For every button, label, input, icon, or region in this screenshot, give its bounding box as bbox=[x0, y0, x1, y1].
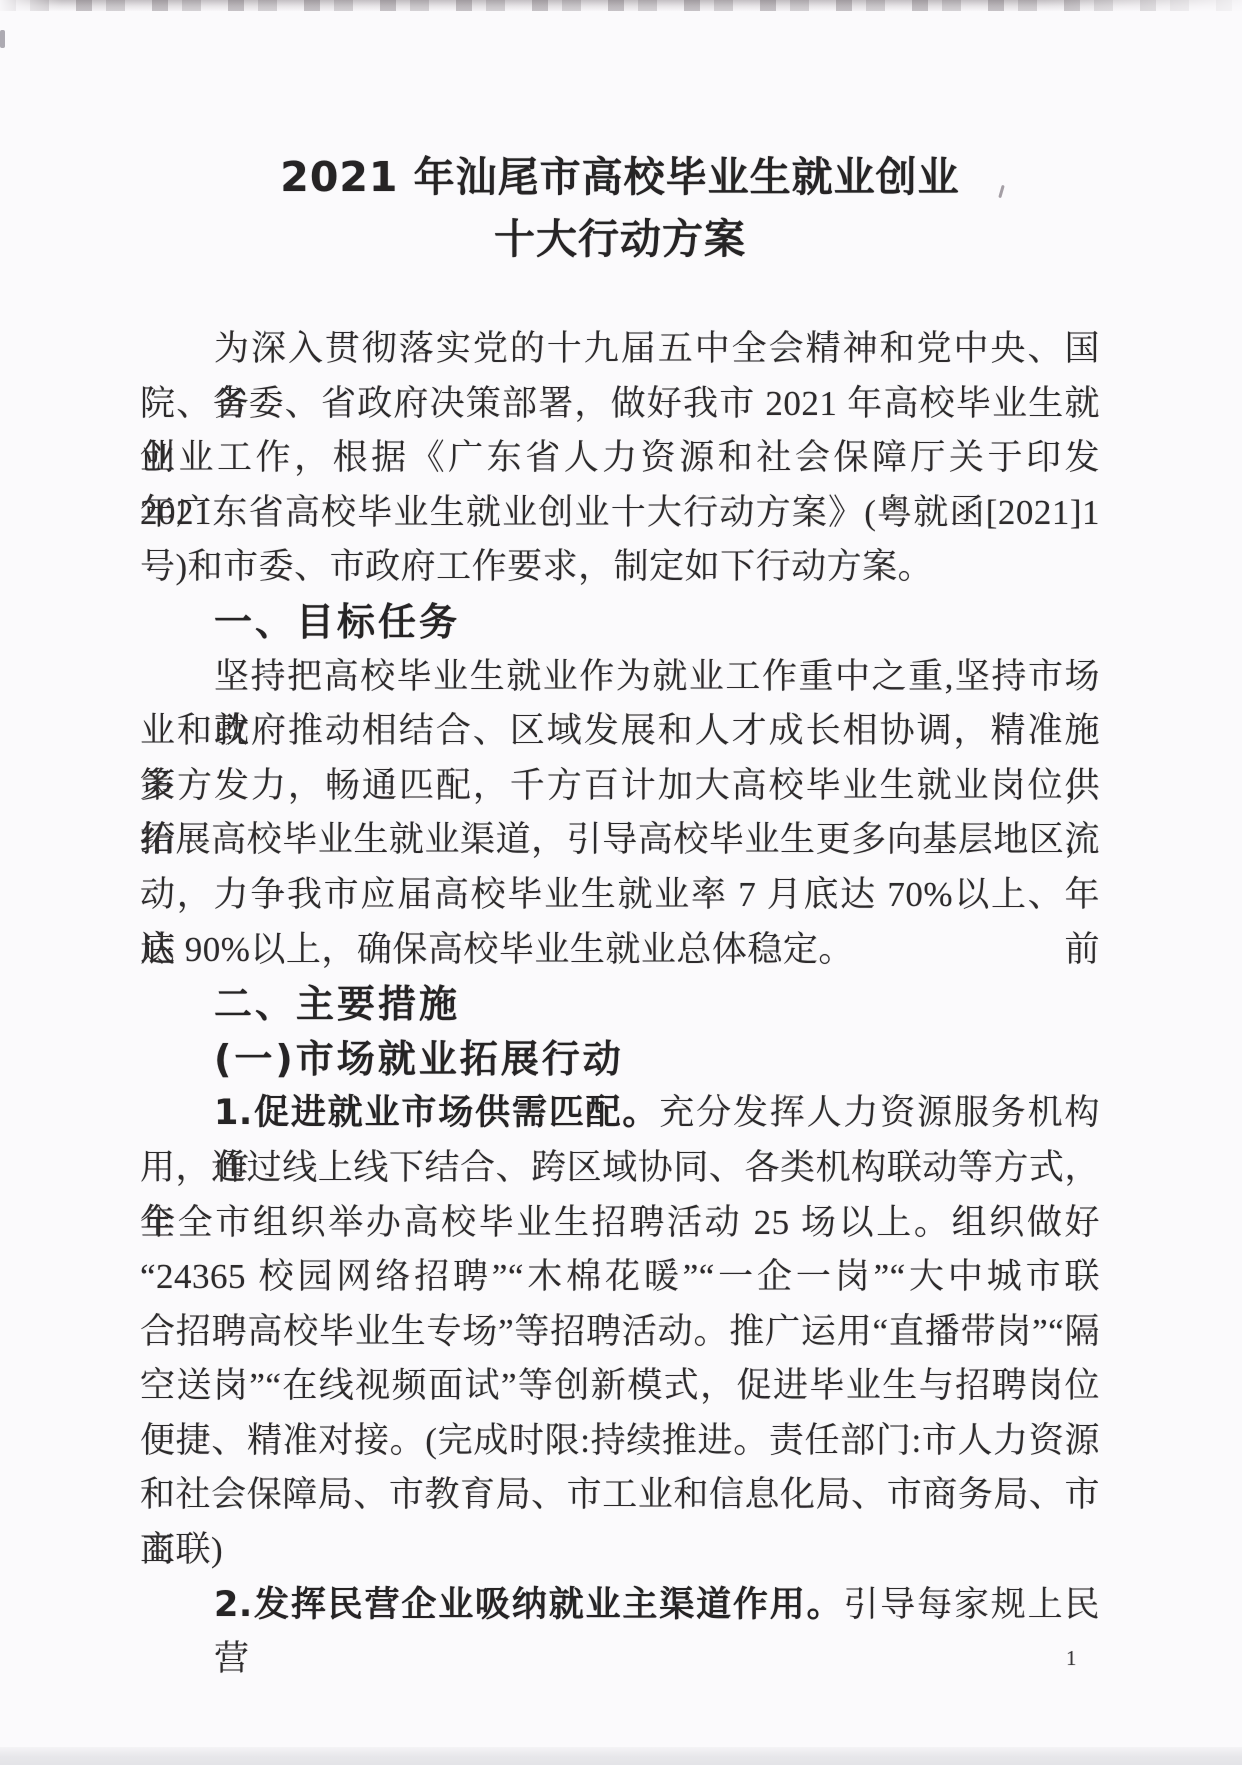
text-run: 年广东省高校毕业生就业创业十大行动方案》(粤就函[2021]1 bbox=[140, 493, 1100, 532]
text-line: 2.发挥民营企业吸纳就业主渠道作用。引导每家规上民营 bbox=[140, 1578, 1100, 1633]
text-line: 动，力争我市应届高校毕业生就业率 7 月底达 70%以上、年底前 bbox=[140, 868, 1100, 923]
scan-artifact-top bbox=[0, 0, 1242, 11]
text-line: 1.促进就业市场供需匹配。充分发挥人力资源服务机构作 bbox=[140, 1086, 1100, 1141]
text-run: 号)和市委、市政府工作要求，制定如下行动方案。 bbox=[140, 547, 933, 586]
text-line: 二、主要措施 bbox=[140, 977, 1100, 1032]
document-title-line: 2021 年汕尾市高校毕业生就业创业 bbox=[140, 146, 1100, 208]
bold-text-run: 二、主要措施 bbox=[214, 982, 460, 1026]
text-run: 空送岗”“在线视频面试”等创新模式，促进毕业生与招聘岗位 bbox=[140, 1366, 1100, 1405]
document-title: 2021 年汕尾市高校毕业生就业创业十大行动方案 bbox=[140, 146, 1100, 270]
text-line: “24365 校园网络招聘”“木棉花暖”“一企一岗”“大中城市联 bbox=[140, 1250, 1100, 1305]
bold-text-run: 十大行动方案 bbox=[494, 215, 746, 263]
text-line: 多方发力，畅通匹配，千方百计加大高校毕业生就业岗位供给， bbox=[140, 759, 1100, 814]
scan-speck-left-edge bbox=[0, 30, 5, 48]
text-line: 年全市组织举办高校毕业生招聘活动 25 场以上。组织做好 bbox=[140, 1196, 1100, 1251]
text-run: 便捷、精准对接。(完成时限:持续推进。责任部门:市人力资源 bbox=[140, 1421, 1100, 1460]
bold-text-run: 1.促进就业市场供需匹配。 bbox=[214, 1093, 659, 1133]
text-line: 为深入贯彻落实党的十九届五中全会精神和党中央、国务 bbox=[140, 322, 1100, 377]
text-line: 创业工作，根据《广东省人力资源和社会保障厅关于印发 2021 bbox=[140, 431, 1100, 486]
text-line: (一)市场就业拓展行动 bbox=[140, 1032, 1100, 1087]
document-title-line: 十大行动方案 bbox=[140, 208, 1100, 270]
text-line: 空送岗”“在线视频面试”等创新模式，促进毕业生与招聘岗位 bbox=[140, 1359, 1100, 1414]
bold-text-run: 2.发挥民营企业吸纳就业主渠道作用。 bbox=[214, 1585, 843, 1625]
text-line: 用，通过线上线下结合、跨区域协同、各类机构联动等方式，全 bbox=[140, 1141, 1100, 1196]
text-line: 便捷、精准对接。(完成时限:持续推进。责任部门:市人力资源 bbox=[140, 1414, 1100, 1469]
text-line: 坚持把高校毕业生就业作为就业工作重中之重,坚持市场就 bbox=[140, 650, 1100, 705]
text-run: 商联) bbox=[140, 1530, 223, 1569]
scan-artifact-bottom bbox=[0, 1747, 1242, 1765]
document-body: 为深入贯彻落实党的十九届五中全会精神和党中央、国务院、省委、省政府决策部署，做好… bbox=[140, 322, 1100, 1632]
bold-text-run: 2021 年汕尾市高校毕业生就业创业 bbox=[280, 153, 959, 201]
text-run: 年全市组织举办高校毕业生招聘活动 25 场以上。组织做好 bbox=[140, 1203, 1100, 1242]
text-run: 拓展高校毕业生就业渠道，引导高校毕业生更多向基层地区流 bbox=[140, 820, 1100, 859]
text-line: 年广东省高校毕业生就业创业十大行动方案》(粤就函[2021]1 bbox=[140, 486, 1100, 541]
text-run: 达 90%以上，确保高校毕业生就业总体稳定。 bbox=[140, 930, 854, 969]
text-line: 号)和市委、市政府工作要求，制定如下行动方案。 bbox=[140, 540, 1100, 595]
text-line: 和社会保障局、市教育局、市工业和信息化局、市商务局、市工 bbox=[140, 1468, 1100, 1523]
text-line: 业和政府推动相结合、区域发展和人才成长相协调，精准施策， bbox=[140, 704, 1100, 759]
text-line: 一、目标任务 bbox=[140, 595, 1100, 650]
document-page: 2021 年汕尾市高校毕业生就业创业十大行动方案 为深入贯彻落实党的十九届五中全… bbox=[0, 0, 1242, 1765]
page-number: 1 bbox=[1066, 1646, 1077, 1670]
text-run: 合招聘高校毕业生专场”等招聘活动。推广运用“直播带岗”“隔 bbox=[140, 1312, 1100, 1351]
text-line: 商联) bbox=[140, 1523, 1100, 1578]
text-line: 合招聘高校毕业生专场”等招聘活动。推广运用“直播带岗”“隔 bbox=[140, 1305, 1100, 1360]
text-run: “24365 校园网络招聘”“木棉花暖”“一企一岗”“大中城市联 bbox=[140, 1257, 1100, 1296]
bold-text-run: 一、目标任务 bbox=[214, 600, 460, 644]
bold-text-run: (一)市场就业拓展行动 bbox=[214, 1037, 624, 1081]
text-line: 院、省委、省政府决策部署，做好我市 2021 年高校毕业生就业 bbox=[140, 377, 1100, 432]
text-line: 拓展高校毕业生就业渠道，引导高校毕业生更多向基层地区流 bbox=[140, 813, 1100, 868]
